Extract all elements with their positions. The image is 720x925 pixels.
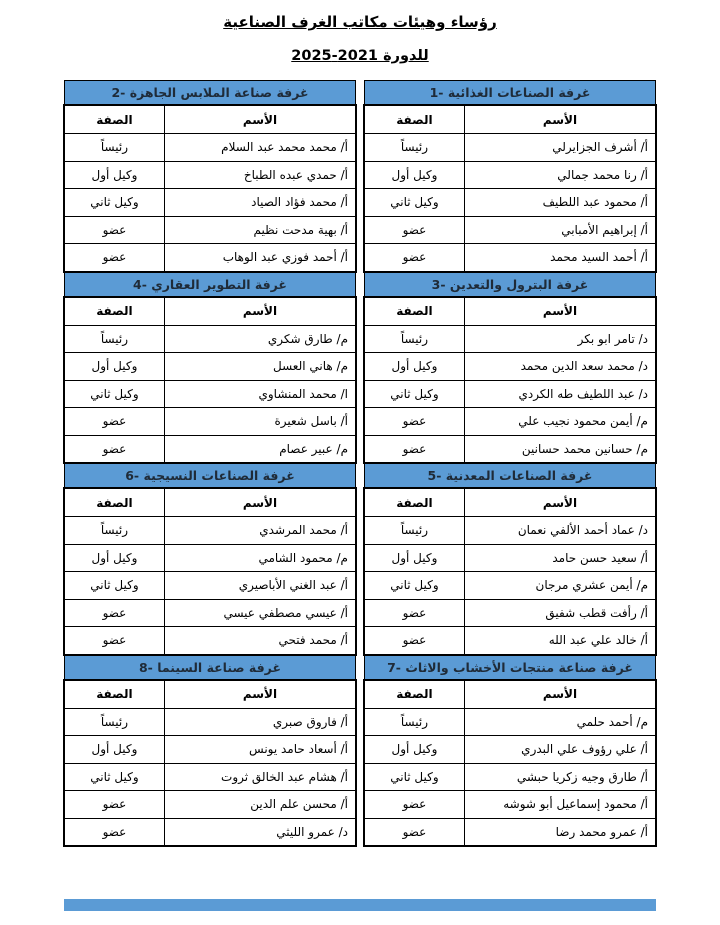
member-role: وكيل أول: [365, 353, 465, 381]
name-column-header: الأسم: [164, 680, 355, 708]
member-name: م/ أحمد حلمي: [464, 708, 655, 736]
table-row: ا/ محمد المنشاويوكيل ثاني: [65, 380, 356, 408]
chamber-table: 6- غرفة الصناعات النسيجية الأسم الصفة أ/…: [64, 463, 356, 655]
chamber-table-title: 3- غرفة البترول والتعدين: [364, 272, 656, 297]
chamber-members-table: الأسم الصفة د/ عماد أحمد الألفي نعمانرئي…: [364, 488, 656, 655]
table-column-header-row: الأسم الصفة: [65, 297, 356, 325]
role-column-header: الصفة: [65, 680, 165, 708]
member-name: م/ طارق شكري: [164, 325, 355, 353]
member-name: د/ عماد أحمد الألفي نعمان: [464, 517, 655, 545]
member-role: وكيل ثاني: [65, 189, 165, 217]
name-column-header: الأسم: [464, 680, 655, 708]
member-name: أ/ محسن علم الدين: [164, 791, 355, 819]
member-role: عضو: [365, 627, 465, 655]
member-role: رئيساً: [65, 325, 165, 353]
table-row: م/ حسانين محمد حسانينعضو: [365, 435, 656, 463]
member-name: أ/ أحمد فوزي عبد الوهاب: [164, 244, 355, 272]
member-name: أ/ فاروق صبري: [164, 708, 355, 736]
table-row: أ/ فاروق صبريرئيساً: [65, 708, 356, 736]
table-row: أ/ أشرف الجزايرليرئيساً: [365, 134, 656, 162]
member-role: وكيل أول: [65, 353, 165, 381]
member-name: أ/ محمد فتحي: [164, 627, 355, 655]
member-name: م/ أيمن محمود نجيب علي: [464, 408, 655, 436]
table-row: أ/ علي رؤوف علي البدريوكيل أول: [365, 736, 656, 764]
table-row: م/ أيمن عشري مرجانوكيل ثاني: [365, 572, 656, 600]
member-role: عضو: [365, 791, 465, 819]
table-column-header-row: الأسم الصفة: [365, 489, 656, 517]
role-column-header: الصفة: [65, 297, 165, 325]
member-role: وكيل ثاني: [365, 380, 465, 408]
table-row: د/ عماد أحمد الألفي نعمانرئيساً: [365, 517, 656, 545]
member-name: أ/ محمود عبد اللطيف: [464, 189, 655, 217]
table-row: أ/ أسعاد حامد يونسوكيل أول: [65, 736, 356, 764]
member-name: أ/ باسل شعيرة: [164, 408, 355, 436]
member-role: عضو: [365, 599, 465, 627]
chamber-table-title: 5- غرفة الصناعات المعدنية: [364, 463, 656, 488]
member-role: وكيل ثاني: [65, 763, 165, 791]
chamber-table-title: 1- غرفة الصناعات الغذائية: [364, 80, 656, 105]
member-role: عضو: [365, 216, 465, 244]
chamber-table: 3- غرفة البترول والتعدين الأسم الصفة د/ …: [364, 272, 656, 464]
member-name: أ/ علي رؤوف علي البدري: [464, 736, 655, 764]
member-role: رئيساً: [65, 517, 165, 545]
member-name: أ/ أحمد السيد محمد: [464, 244, 655, 272]
member-name: د/ عمرو الليثي: [164, 818, 355, 846]
chamber-table: 2- غرفة صناعة الملابس الجاهزة الأسم الصف…: [64, 80, 356, 272]
chamber-table-title: 2- غرفة صناعة الملابس الجاهزة: [64, 80, 356, 105]
table-row: د/ عبد اللطيف طه الكرديوكيل ثاني: [365, 380, 656, 408]
member-name: ا/ محمد المنشاوي: [164, 380, 355, 408]
member-role: عضو: [365, 408, 465, 436]
member-name: أ/ رأفت قطب شفيق: [464, 599, 655, 627]
table-row: أ/ عمرو محمد رضاعضو: [365, 818, 656, 846]
member-role: رئيساً: [365, 134, 465, 162]
table-row: أ/ عيسي مصطفي عيسيعضو: [65, 599, 356, 627]
member-name: أ/ بهية مدحت نظيم: [164, 216, 355, 244]
member-role: وكيل ثاني: [365, 572, 465, 600]
table-row: أ/ محمد فؤاد الصيادوكيل ثاني: [65, 189, 356, 217]
member-role: عضو: [65, 791, 165, 819]
table-row: أ/ رنا محمد جماليوكيل أول: [365, 161, 656, 189]
member-role: وكيل أول: [65, 161, 165, 189]
table-row: د/ محمد سعد الدين محمدوكيل أول: [365, 353, 656, 381]
name-column-header: الأسم: [464, 489, 655, 517]
member-role: رئيساً: [365, 708, 465, 736]
table-row: أ/ محمود إسماعيل أبو شوشهعضو: [365, 791, 656, 819]
member-name: أ/ طارق وجيه زكريا حبشي: [464, 763, 655, 791]
member-name: أ/ عيسي مصطفي عيسي: [164, 599, 355, 627]
member-name: م/ محمود الشامي: [164, 544, 355, 572]
chamber-table: 7- غرفة صناعة منتجات الأخشاب والاثاث الأ…: [364, 655, 656, 847]
member-role: وكيل أول: [365, 736, 465, 764]
table-row: أ/ سعيد حسن حامدوكيل أول: [365, 544, 656, 572]
chamber-members-table: الأسم الصفة أ/ فاروق صبريرئيساًأ/ أسعاد …: [64, 680, 356, 847]
member-name: د/ محمد سعد الدين محمد: [464, 353, 655, 381]
table-row: أ/ هشام عبد الخالق ثروتوكيل ثاني: [65, 763, 356, 791]
member-name: أ/ محمد محمد عبد السلام: [164, 134, 355, 162]
table-row: أ/ محمد محمد عبد السلامرئيساً: [65, 134, 356, 162]
chamber-members-table: الأسم الصفة أ/ محمد محمد عبد السلامرئيسا…: [64, 105, 356, 272]
member-name: أ/ محمد المرشدي: [164, 517, 355, 545]
member-role: رئيساً: [65, 134, 165, 162]
role-column-header: الصفة: [365, 297, 465, 325]
member-role: وكيل ثاني: [365, 189, 465, 217]
table-column-header-row: الأسم الصفة: [365, 106, 656, 134]
name-column-header: الأسم: [164, 297, 355, 325]
table-row: م/ طارق شكريرئيساً: [65, 325, 356, 353]
table-row: أ/ رأفت قطب شفيقعضو: [365, 599, 656, 627]
member-role: وكيل ثاني: [65, 572, 165, 600]
member-role: وكيل أول: [365, 161, 465, 189]
member-role: رئيساً: [365, 325, 465, 353]
chamber-table: 4- غرفة التطوير العقاري الأسم الصفة م/ ط…: [64, 272, 356, 464]
table-row: د/ عمرو الليثيعضو: [65, 818, 356, 846]
member-role: عضو: [65, 244, 165, 272]
member-role: رئيساً: [365, 517, 465, 545]
member-name: م/ هاني العسل: [164, 353, 355, 381]
table-row: أ/ أحمد السيد محمدعضو: [365, 244, 656, 272]
member-name: أ/ إبراهيم الأمبابي: [464, 216, 655, 244]
member-role: عضو: [65, 435, 165, 463]
member-role: وكيل ثاني: [365, 763, 465, 791]
member-name: م/ أيمن عشري مرجان: [464, 572, 655, 600]
chamber-members-table: الأسم الصفة م/ طارق شكريرئيساًم/ هاني ال…: [64, 297, 356, 464]
table-row: أ/ حمدي عبده الطباخوكيل أول: [65, 161, 356, 189]
document-page: رؤساء وهيئات مكاتب الغرف الصناعية للدورة…: [0, 0, 720, 925]
member-name: أ/ عمرو محمد رضا: [464, 818, 655, 846]
table-row: م/ عبير عصامعضو: [65, 435, 356, 463]
table-row: م/ محمود الشاميوكيل أول: [65, 544, 356, 572]
name-column-header: الأسم: [164, 489, 355, 517]
chamber-table: 8- غرفة صناعة السينما الأسم الصفة أ/ فار…: [64, 655, 356, 847]
member-name: أ/ خالد علي عبد الله: [464, 627, 655, 655]
member-role: رئيساً: [65, 708, 165, 736]
member-name: م/ عبير عصام: [164, 435, 355, 463]
table-row: أ/ محمد فتحيعضو: [65, 627, 356, 655]
chamber-members-table: الأسم الصفة م/ أحمد حلميرئيساًأ/ علي رؤو…: [364, 680, 656, 847]
table-row: أ/ محمد المرشديرئيساً: [65, 517, 356, 545]
member-role: عضو: [65, 627, 165, 655]
name-column-header: الأسم: [464, 297, 655, 325]
member-name: أ/ محمود إسماعيل أبو شوشه: [464, 791, 655, 819]
continuation-table-header-strip: [64, 899, 656, 911]
table-row: م/ أيمن محمود نجيب عليعضو: [365, 408, 656, 436]
member-role: عضو: [365, 818, 465, 846]
member-role: عضو: [65, 408, 165, 436]
member-role: وكيل ثاني: [65, 380, 165, 408]
table-column-header-row: الأسم الصفة: [365, 297, 656, 325]
chamber-table-title: 8- غرفة صناعة السينما: [64, 655, 356, 680]
chamber-table-title: 7- غرفة صناعة منتجات الأخشاب والاثاث: [364, 655, 656, 680]
document-subtitle: للدورة 2021-2025: [0, 48, 720, 64]
member-role: وكيل أول: [65, 544, 165, 572]
member-name: أ/ سعيد حسن حامد: [464, 544, 655, 572]
member-role: عضو: [65, 216, 165, 244]
table-row: أ/ محسن علم الدينعضو: [65, 791, 356, 819]
chamber-members-table: الأسم الصفة أ/ أشرف الجزايرليرئيساًأ/ رن…: [364, 105, 656, 272]
table-row: د/ تامر ابو بكررئيساً: [365, 325, 656, 353]
chamber-table-title: 4- غرفة التطوير العقاري: [64, 272, 356, 297]
member-name: أ/ هشام عبد الخالق ثروت: [164, 763, 355, 791]
role-column-header: الصفة: [365, 106, 465, 134]
table-row: أ/ إبراهيم الأمبابيعضو: [365, 216, 656, 244]
member-role: وكيل أول: [65, 736, 165, 764]
member-role: عضو: [365, 244, 465, 272]
table-column-header-row: الأسم الصفة: [365, 680, 656, 708]
chamber-table-title: 6- غرفة الصناعات النسيجية: [64, 463, 356, 488]
table-row: م/ أحمد حلميرئيساً: [365, 708, 656, 736]
document-title: رؤساء وهيئات مكاتب الغرف الصناعية: [0, 0, 720, 31]
chamber-table: 1- غرفة الصناعات الغذائية الأسم الصفة أ/…: [364, 80, 656, 272]
member-name: أ/ أسعاد حامد يونس: [164, 736, 355, 764]
chamber-members-table: الأسم الصفة د/ تامر ابو بكررئيساًد/ محمد…: [364, 297, 656, 464]
member-role: عضو: [65, 599, 165, 627]
chamber-tables-grid: 1- غرفة الصناعات الغذائية الأسم الصفة أ/…: [64, 80, 656, 846]
member-name: د/ تامر ابو بكر: [464, 325, 655, 353]
table-row: أ/ باسل شعيرةعضو: [65, 408, 356, 436]
chamber-members-table: الأسم الصفة أ/ محمد المرشديرئيساًم/ محمو…: [64, 488, 356, 655]
chamber-table: 5- غرفة الصناعات المعدنية الأسم الصفة د/…: [364, 463, 656, 655]
table-row: أ/ بهية مدحت نظيمعضو: [65, 216, 356, 244]
role-column-header: الصفة: [65, 489, 165, 517]
table-row: أ/ خالد علي عبد اللهعضو: [365, 627, 656, 655]
role-column-header: الصفة: [365, 680, 465, 708]
table-column-header-row: الأسم الصفة: [65, 680, 356, 708]
member-role: وكيل أول: [365, 544, 465, 572]
member-name: أ/ عبد الغني الأباصيري: [164, 572, 355, 600]
member-name: م/ حسانين محمد حسانين: [464, 435, 655, 463]
table-column-header-row: الأسم الصفة: [65, 489, 356, 517]
name-column-header: الأسم: [464, 106, 655, 134]
member-role: عضو: [365, 435, 465, 463]
member-name: أ/ محمد فؤاد الصياد: [164, 189, 355, 217]
member-role: عضو: [65, 818, 165, 846]
role-column-header: الصفة: [365, 489, 465, 517]
member-name: د/ عبد اللطيف طه الكردي: [464, 380, 655, 408]
table-row: أ/ عبد الغني الأباصيريوكيل ثاني: [65, 572, 356, 600]
table-row: أ/ محمود عبد اللطيفوكيل ثاني: [365, 189, 656, 217]
table-row: أ/ أحمد فوزي عبد الوهابعضو: [65, 244, 356, 272]
member-name: أ/ رنا محمد جمالي: [464, 161, 655, 189]
table-row: م/ هاني العسلوكيل أول: [65, 353, 356, 381]
name-column-header: الأسم: [164, 106, 355, 134]
table-row: أ/ طارق وجيه زكريا حبشيوكيل ثاني: [365, 763, 656, 791]
member-name: أ/ حمدي عبده الطباخ: [164, 161, 355, 189]
table-column-header-row: الأسم الصفة: [65, 106, 356, 134]
role-column-header: الصفة: [65, 106, 165, 134]
member-name: أ/ أشرف الجزايرلي: [464, 134, 655, 162]
